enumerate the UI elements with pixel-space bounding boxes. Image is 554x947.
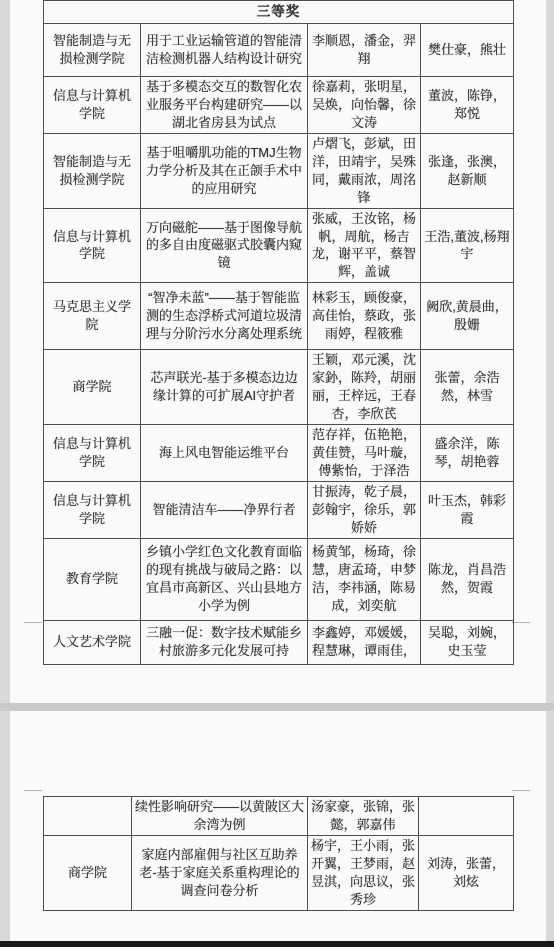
crop-mark bbox=[24, 790, 42, 791]
advisors-cell: 张逢，张澳，赵新顺 bbox=[421, 133, 514, 208]
table-row: 教育学院 乡镇小学红色文化教育面临的现有挑战与破局之路：以宜昌市高新区、兴山县地… bbox=[44, 538, 514, 620]
members-cell: 杨宇，王小雨，张开翼，王梦雨，赵昱淇，向思议，张秀珍 bbox=[308, 835, 419, 910]
project-cell: 三融一促：数字技术赋能乡村旅游多元化发展可持 bbox=[141, 620, 308, 664]
advisors-cell: 董波，陈铮，郑悦 bbox=[421, 77, 514, 134]
college-cell: 智能制造与无损检测学院 bbox=[44, 133, 141, 208]
crop-mark bbox=[512, 790, 530, 791]
members-cell: 张威，王汝铭，杨帆，周航，杨吉龙，谢平平，蔡智辉，盖诚 bbox=[308, 208, 421, 283]
table-row: 续性影响研究——以黄陂区大余湾为例 汤家豪，张锦，张懿，郭嘉伟 bbox=[44, 797, 514, 836]
members-cell: 范存祥，伍艳艳，黄佳赞，马叶璇，傅紫怡，于泽浩 bbox=[308, 425, 421, 482]
advisors-cell: 陈龙，肖昌浩然，贺霞 bbox=[421, 538, 514, 620]
awards-table-page2: 续性影响研究——以黄陂区大余湾为例 汤家豪，张锦，张懿，郭嘉伟 商学院 家庭内部… bbox=[43, 796, 514, 911]
members-cell: 李鑫婷，邓媛媛，程慧琳，谭雨佳， bbox=[308, 620, 421, 664]
advisors-cell: 阙欣,黄晨曲，殷姗 bbox=[421, 283, 514, 350]
scan-edge-band bbox=[0, 941, 554, 947]
advisors-cell: 盛余洋，陈琴，胡艳蓉 bbox=[421, 425, 514, 482]
advisors-cell: 刘涛，张蕾，刘炫 bbox=[419, 835, 514, 910]
advisors-cell: 吴聪，刘婉，史玉莹 bbox=[421, 620, 514, 664]
project-cell: 乡镇小学红色文化教育面临的现有挑战与破局之路：以宜昌市高新区、兴山县地方小学为例 bbox=[141, 538, 308, 620]
college-cell: 信息与计算机学院 bbox=[44, 425, 141, 482]
project-cell: 海上风电智能运维平台 bbox=[141, 425, 308, 482]
table-row: 人文艺术学院 三融一促：数字技术赋能乡村旅游多元化发展可持 李鑫婷，邓媛媛，程慧… bbox=[44, 620, 514, 664]
project-cell: 家庭内部雇佣与社区互助养老-基于家庭关系重构理论的调查问卷分析 bbox=[132, 835, 308, 910]
scanned-document: 三等奖 智能制造与无损检测学院 用于工业运输管道的智能清洁检测机器人结构设计研究… bbox=[0, 0, 554, 947]
crop-mark bbox=[512, 622, 530, 623]
table-row: 商学院 家庭内部雇佣与社区互助养老-基于家庭关系重构理论的调查问卷分析 杨宇，王… bbox=[44, 835, 514, 910]
table-row: 智能制造与无损检测学院 用于工业运输管道的智能清洁检测机器人结构设计研究 李顺恩… bbox=[44, 24, 514, 77]
advisors-cell: 王浩,董波,杨翔宇 bbox=[421, 208, 514, 283]
table-row: 信息与计算机学院 海上风电智能运维平台 范存祥，伍艳艳，黄佳赞，马叶璇，傅紫怡，… bbox=[44, 425, 514, 482]
college-cell bbox=[44, 797, 132, 836]
project-cell: 基于多模态交互的数智化农业服务平台构建研究——以湖北省房县为试点 bbox=[141, 77, 308, 134]
college-cell: 智能制造与无损检测学院 bbox=[44, 24, 141, 77]
college-cell: 马克思主义学院 bbox=[44, 283, 141, 350]
table-row: 信息与计算机学院 基于多模态交互的数智化农业服务平台构建研究——以湖北省房县为试… bbox=[44, 77, 514, 134]
project-cell: 智能清洁车——净界行者 bbox=[141, 481, 308, 538]
table-row: 智能制造与无损检测学院 基于咀嚼肌功能的TMJ生物力学分析及其在正颌手术中的应用… bbox=[44, 133, 514, 208]
table-row: 信息与计算机学院 万向磁舵——基于图像导航的多自由度磁驱式胶囊内窥镜 张威，王汝… bbox=[44, 208, 514, 283]
project-cell: “智净未蓝”——基于智能监测的生态浮桥式河道垃圾清理与分阶污水分离处理系统 bbox=[141, 283, 308, 350]
college-cell: 商学院 bbox=[44, 835, 132, 910]
project-cell: 用于工业运输管道的智能清洁检测机器人结构设计研究 bbox=[141, 24, 308, 77]
members-cell: 王颖，邓元溪，沈家釥，陈羚，胡丽丽，王梓远，王春杏，李欣芪 bbox=[308, 350, 421, 425]
table-row: 马克思主义学院 “智净未蓝”——基于智能监测的生态浮桥式河道垃圾清理与分阶污水分… bbox=[44, 283, 514, 350]
members-cell: 汤家豪，张锦，张懿，郭嘉伟 bbox=[308, 797, 419, 836]
table-row: 信息与计算机学院 智能清洁车——净界行者 甘振涛，乾子晨，彭翰宇，徐乐，郭娇娇 … bbox=[44, 481, 514, 538]
prize-header-row: 三等奖 bbox=[44, 1, 514, 24]
prize-title: 三等奖 bbox=[44, 1, 514, 24]
project-cell: 芯声联光-基于多模态边边缘计算的可扩展AI守护者 bbox=[141, 350, 308, 425]
members-cell: 李顺恩，潘金，羿翔 bbox=[308, 24, 421, 77]
members-cell: 林彩玉，顾俊豪，高佳怡，蔡政，张雨婷，程筱雅 bbox=[308, 283, 421, 350]
crop-mark bbox=[24, 622, 42, 623]
college-cell: 商学院 bbox=[44, 350, 141, 425]
college-cell: 教育学院 bbox=[44, 538, 141, 620]
project-cell: 基于咀嚼肌功能的TMJ生物力学分析及其在正颌手术中的应用研究 bbox=[141, 133, 308, 208]
project-cell: 万向磁舵——基于图像导航的多自由度磁驱式胶囊内窥镜 bbox=[141, 208, 308, 283]
page-separator bbox=[0, 703, 554, 711]
college-cell: 信息与计算机学院 bbox=[44, 77, 141, 134]
members-cell: 徐嘉莉，张明星，吴焕，向怡馨，徐文涛 bbox=[308, 77, 421, 134]
advisors-cell: 叶玉杰，韩彩霞 bbox=[421, 481, 514, 538]
advisors-cell: 张蕾，余浩然，林雪 bbox=[421, 350, 514, 425]
members-cell: 卢熠飞，彭斌，田洋，田靖宇，吴殊同，戴雨浓，周洺锋 bbox=[308, 133, 421, 208]
members-cell: 杨黄邹，杨琦，徐慧，唐孟琦，申梦洁，李祎涵，陈易成，刘奕航 bbox=[308, 538, 421, 620]
college-cell: 人文艺术学院 bbox=[44, 620, 141, 664]
table-row: 商学院 芯声联光-基于多模态边边缘计算的可扩展AI守护者 王颖，邓元溪，沈家釥，… bbox=[44, 350, 514, 425]
advisors-cell bbox=[419, 797, 514, 836]
advisors-cell: 樊仕豪，熊壮 bbox=[421, 24, 514, 77]
members-cell: 甘振涛，乾子晨，彭翰宇，徐乐，郭娇娇 bbox=[308, 481, 421, 538]
awards-table-page1: 三等奖 智能制造与无损检测学院 用于工业运输管道的智能清洁检测机器人结构设计研究… bbox=[43, 0, 514, 665]
college-cell: 信息与计算机学院 bbox=[44, 481, 141, 538]
college-cell: 信息与计算机学院 bbox=[44, 208, 141, 283]
project-cell: 续性影响研究——以黄陂区大余湾为例 bbox=[132, 797, 308, 836]
